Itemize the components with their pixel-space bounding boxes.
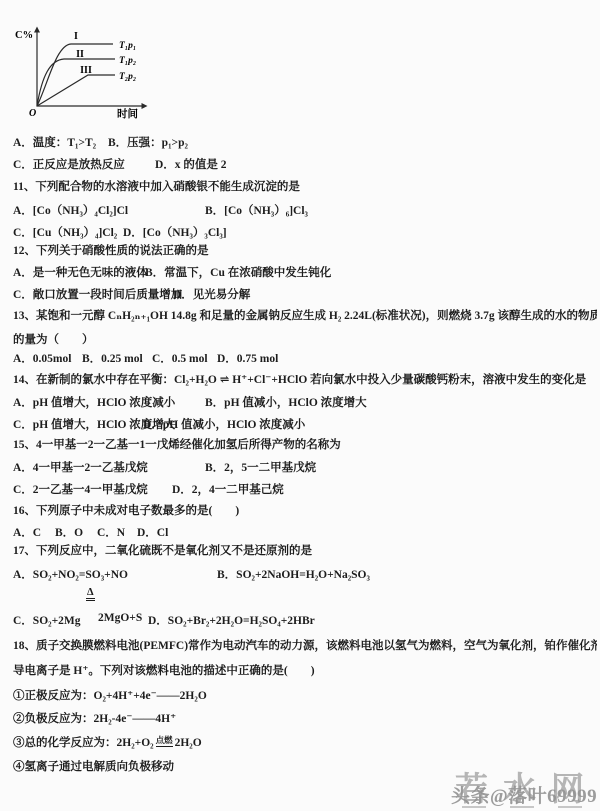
q17-option-b: B．SO₂+2NaOH=H₂O+Na₂SO₃ — [217, 566, 370, 582]
q15-stem: 15、4一甲基一2一乙基一1一戊烯经催化加氢后所得产物的名称为 — [13, 436, 597, 452]
curve-3-label: III — [80, 65, 92, 76]
q14-option-b: B．pH 值减小，HClO 浓度增大 — [205, 394, 367, 410]
q15-options-cd: C．2一乙基一4一甲基戊烷D．2，4一二甲基己烷 — [13, 481, 597, 497]
q18-statement-3: ③总的化学反应为：2H₂+O₂点燃2H₂O — [13, 734, 597, 750]
q13-options: A．0.05molB．0.25 molC．0.5 molD．0.75 mol — [13, 350, 597, 366]
q18-stem-line1: 18、质子交换膜燃料电池(PEMFC)常作为电动汽车的动力源，该燃料电池以氢气为… — [13, 637, 597, 653]
q16-option-d: D．Cl — [137, 524, 168, 540]
q10-options-cd: C．正反应是放热反应D．x 的值是 2 — [13, 156, 597, 172]
q17-option-c-product: 2MgO+S — [98, 612, 142, 624]
curve-3 — [37, 75, 115, 106]
curve-2-condition: T₁p₂ — [119, 56, 136, 66]
q16-stem: 16、下列原子中未成对电子数最多的是( ) — [13, 502, 597, 518]
equilibrium-figure: C% 时间 O I II III T₁p₁ T₁p₂ T₂p₂ — [14, 24, 166, 124]
delta-heating-symbol: Δ — [86, 587, 95, 601]
q17-option-a: A．SO₂+NO₂=SO₃+NO — [13, 569, 128, 581]
q17-options-cd: C．SO₂+2Mg2MgO+SD．SO₂+Br₂+2H₂O=H₂SO₄+2HBr — [13, 612, 597, 628]
ignition-condition-label: 点燃 — [156, 734, 173, 747]
q18-statement-3-product: 2H₂O — [175, 737, 202, 749]
q13-option-a: A．0.05mol — [13, 353, 71, 365]
q13-option-b: B．0.25 mol — [82, 350, 143, 366]
q11-options-ab: A．[Co（NH₃）₄Cl₂]ClB．[Co（NH₃）₆]Cl₃ — [13, 202, 597, 218]
q17-options-ab: A．SO₂+NO₂=SO₃+NOB．SO₂+2NaOH=H₂O+Na₂SO₃ — [13, 566, 597, 582]
q18-statement-1: ①正极反应为：O₂+4H⁺+4e⁻——2H₂O — [13, 687, 597, 703]
q14-options-ab: A．pH 值增大，HClO 浓度减小B．pH 值减小，HClO 浓度增大 — [13, 394, 597, 410]
q18-stem-line2: 导电离子是 H⁺。下列对该燃料电池的描述中正确的是( ) — [13, 662, 597, 678]
y-axis-label: C% — [15, 30, 33, 41]
q12-option-a: A．是一种无色无味的液体 — [13, 267, 148, 279]
q10-option-a: A．温度：T₁>T₂ — [13, 137, 96, 149]
x-axis-label: 时间 — [117, 107, 138, 120]
curve-3-condition: T₂p₂ — [119, 72, 136, 82]
y-axis-arrow-icon — [34, 27, 40, 33]
q15-option-b: B．2，5一二甲基戊烷 — [205, 459, 316, 475]
q11-option-c: C．[Cu（NH₃）₄]Cl₂ — [13, 227, 117, 239]
watermark-account: 头条@落叶69999 — [451, 781, 597, 808]
q16-option-a: A．C — [13, 527, 41, 539]
q16-options: A．CB．OC．ND．Cl — [13, 524, 597, 540]
q11-option-d: D．[Co（NH₃）₃Cl₃] — [123, 224, 227, 240]
q14-stem: 14、在新制的氯水中存在平衡：Cl₂+H₂O ⇌ H⁺+Cl⁻+HClO 若向氯… — [13, 371, 597, 387]
curve-1-condition: T₁p₁ — [119, 41, 136, 51]
q18-statement-3-reactants: ③总的化学反应为：2H₂+O₂ — [13, 737, 154, 749]
exam-page: C% 时间 O I II III T₁p₁ T₁p₂ T₂p₂ A．温度：T₁>… — [0, 0, 600, 811]
q14-options-cd: C．pH 值增大，HClO 浓度增大D．pH 值减小，HClO 浓度减小 — [13, 416, 597, 432]
origin-label: O — [29, 108, 36, 119]
q12-options-ab: A．是一种无色无味的液体B．常温下，Cu 在浓硝酸中发生钝化 — [13, 264, 597, 280]
q12-stem: 12、下列关于硝酸性质的说法正确的是 — [13, 242, 597, 258]
q13-stem-line2: 的量为（ ） — [13, 331, 597, 347]
watermark-underline — [462, 806, 486, 808]
q12-option-b: B．常温下，Cu 在浓硝酸中发生钝化 — [145, 264, 331, 280]
q17-stem: 17、下列反应中，二氧化硫既不是氧化剂又不是还原剂的是 — [13, 542, 597, 558]
curve-2-label: II — [76, 49, 84, 60]
q12-option-d: D．见光易分解 — [173, 286, 250, 302]
equilibrium-chart: C% 时间 O I II III T₁p₁ T₁p₂ T₂p₂ — [14, 24, 166, 124]
q15-option-d: D．2，4一二甲基己烷 — [172, 481, 284, 497]
q10-option-c: C．正反应是放热反应 — [13, 159, 125, 171]
q13-stem-line1: 13、某饱和一元醇 CₙH₂ₙ₊₁OH 14.8g 和足量的金属钠反应生成 H₂… — [13, 307, 597, 323]
q15-option-a: A．4一甲基一2一乙基戊烷 — [13, 462, 148, 474]
curve-1-label: I — [74, 31, 78, 42]
q14-option-a: A．pH 值增大，HClO 浓度减小 — [13, 397, 175, 409]
q10-options-ab: A．温度：T₁>T₂B．压强：p₁>p₂ — [13, 134, 597, 150]
q12-options-cd: C．敞口放置一段时间后质量增加D．见光易分解 — [13, 286, 597, 302]
q11-option-a: A．[Co（NH₃）₄Cl₂]Cl — [13, 205, 128, 217]
q17-option-c: C．SO₂+2Mg — [13, 615, 81, 627]
q15-options-ab: A．4一甲基一2一乙基戊烷B．2，5一二甲基戊烷 — [13, 459, 597, 475]
q16-option-c: C．N — [97, 524, 125, 540]
x-axis-arrow-icon — [142, 103, 148, 109]
watermark-underline — [558, 806, 582, 808]
q16-option-b: B．O — [55, 524, 83, 540]
q10-option-b: B．压强：p₁>p₂ — [108, 134, 188, 150]
q14-option-d: D．pH 值减小，HClO 浓度减小 — [143, 416, 305, 432]
q18-statement-2: ②负极反应为：2H₂-4e⁻——4H⁺ — [13, 710, 597, 726]
q11-options-cd: C．[Cu（NH₃）₄]Cl₂D．[Co（NH₃）₃Cl₃] — [13, 224, 597, 240]
q11-option-b: B．[Co（NH₃）₆]Cl₃ — [205, 202, 308, 218]
q11-stem: 11、下列配合物的水溶液中加入硝酸银不能生成沉淀的是 — [13, 178, 597, 194]
q12-option-c: C．敞口放置一段时间后质量增加 — [13, 289, 182, 301]
q13-option-d: D．0.75 mol — [217, 350, 278, 366]
q17-option-d: D．SO₂+Br₂+2H₂O=H₂SO₄+2HBr — [148, 612, 315, 628]
watermark-underline — [510, 806, 534, 808]
q13-option-c: C．0.5 mol — [152, 350, 208, 366]
q10-option-d: D．x 的值是 2 — [155, 156, 227, 172]
q15-option-c: C．2一乙基一4一甲基戊烷 — [13, 484, 148, 496]
q17-delta-line: Δ — [86, 586, 600, 601]
